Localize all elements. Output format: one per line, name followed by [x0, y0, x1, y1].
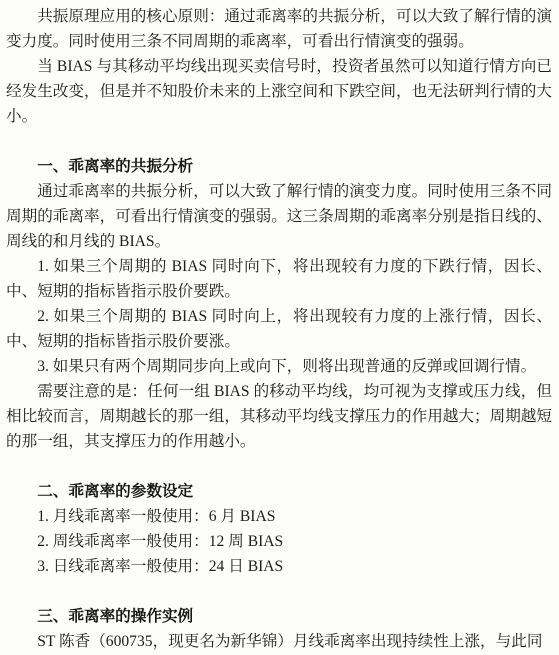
list-item-monthly-bias: 1. 月线乖离率一般使用：6 月 BIAS — [6, 504, 552, 529]
list-item-daily-bias: 3. 日线乖离率一般使用：24 日 BIAS — [6, 554, 552, 579]
document-page: 共振原理应用的核心原则：通过乖离率的共振分析，可以大致了解行情的演变力度。同时使… — [0, 0, 559, 655]
section-heading-operation-example: 三、乖离率的操作实例 — [6, 604, 552, 629]
paragraph-resonance-principle: 共振原理应用的核心原则：通过乖离率的共振分析，可以大致了解行情的演变力度。同时使… — [6, 4, 552, 54]
list-item-all-down: 1. 如果三个周期的 BIAS 同时向下，将出现较有力度的下跌行情，因长、中、短… — [6, 254, 552, 304]
section-heading-resonance-analysis: 一、乖离率的共振分析 — [6, 154, 552, 179]
paragraph-bias-signal: 当 BIAS 与其移动平均线出现买卖信号时，投资者虽然可以知道行情方向已经发生改… — [6, 54, 552, 129]
list-item-weekly-bias: 2. 周线乖离率一般使用：12 周 BIAS — [6, 529, 552, 554]
paragraph-stock-example: ST 陈香（600735，现更名为新华锦）月线乖离率出现持续性上涨，与此同 — [6, 629, 552, 654]
section-heading-parameter-settings: 二、乖离率的参数设定 — [6, 479, 552, 504]
paragraph-support-pressure: 需要注意的是：任何一组 BIAS 的移动平均线，均可视为支撑或压力线，但相比较而… — [6, 379, 552, 454]
list-item-all-up: 2. 如果三个周期的 BIAS 同时向上，将出现较有力度的上涨行情，因长、中、短… — [6, 304, 552, 354]
list-item-two-cycles: 3. 如果只有两个周期同步向上或向下，则将出现普通的反弹或回调行情。 — [6, 354, 552, 379]
paragraph-three-cycles: 通过乖离率的共振分析，可以大致了解行情的演变力度。同时使用三条不同周期的乖离率，… — [6, 179, 552, 254]
